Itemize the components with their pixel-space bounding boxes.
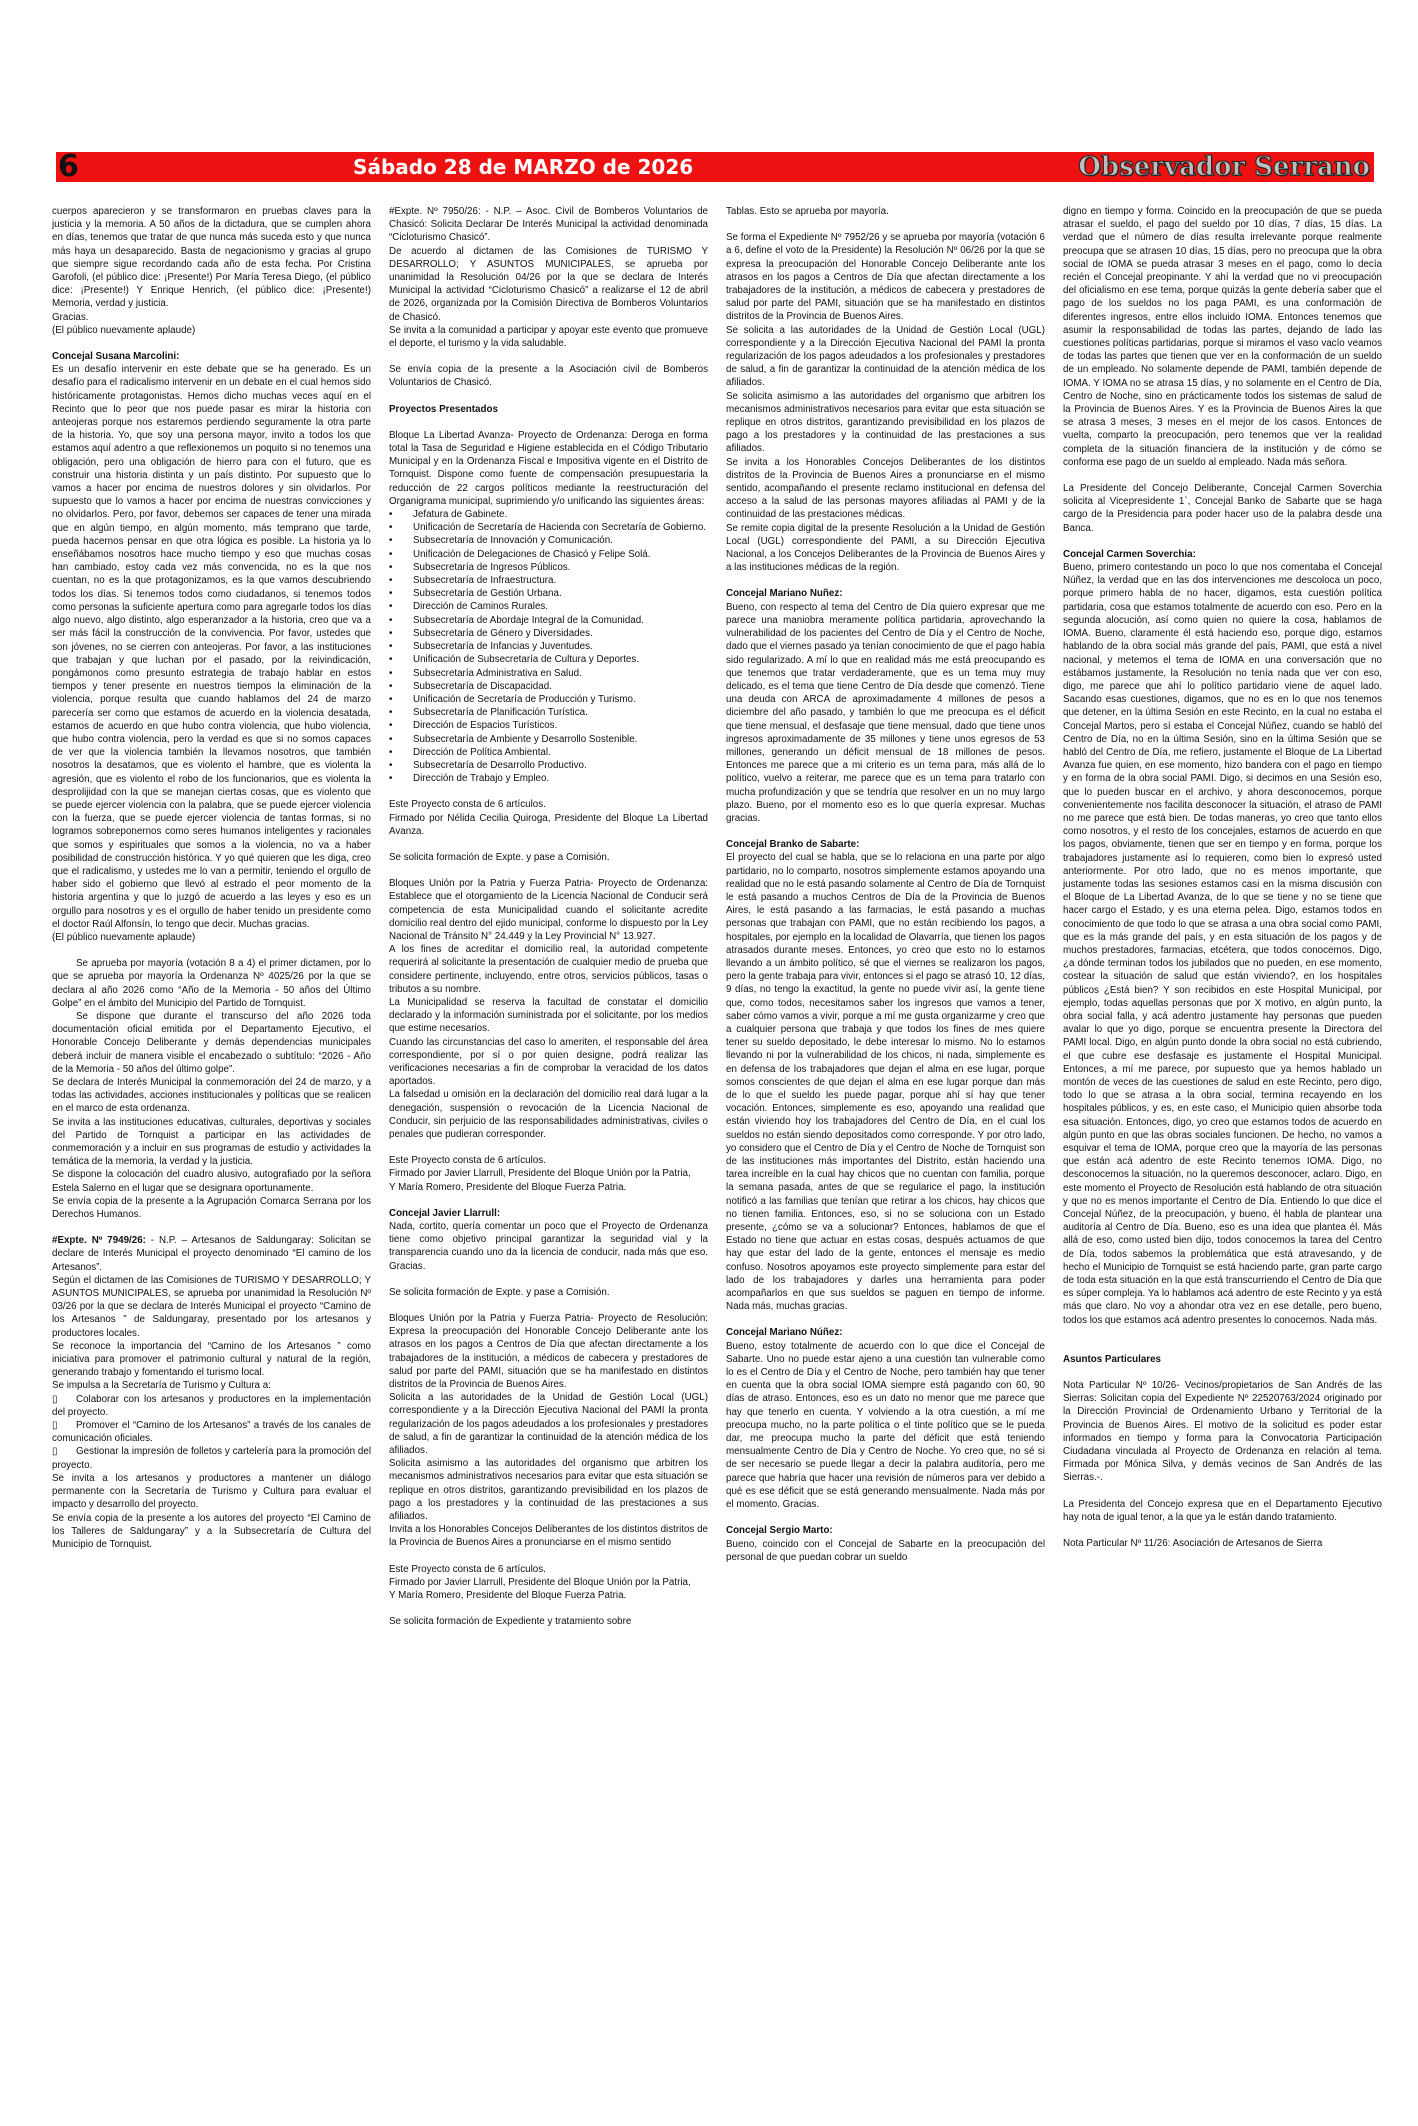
areas-list: •Jefatura de Gabinete. •Unificación de S… (389, 508, 708, 785)
bullet-icon: • (389, 680, 413, 693)
paragraph: Se solicita asimismo a las autoridades d… (726, 390, 1045, 456)
list-item: •Subsecretaría de Discapacidad. (389, 680, 708, 693)
paragraph: Solicita asimismo a las autoridades del … (389, 1457, 708, 1523)
speaker-heading: Concejal Javier Llarrull: (389, 1208, 500, 1219)
paragraph: Se envía copia de la presente a la Agrup… (52, 1195, 371, 1221)
paragraph: Bloque La Libertad Avanza- Proyecto de O… (389, 429, 708, 508)
list-item: •Jefatura de Gabinete. (389, 508, 708, 521)
list-item: •Subsecretaría de Planificación Turístic… (389, 706, 708, 719)
bullet-icon: • (389, 733, 413, 746)
paragraph: Nota Particular Nº 10/26- Vecinos/propie… (1063, 1379, 1382, 1485)
article-columns: cuerpos aparecieron y se transformaron e… (52, 205, 1382, 1629)
newspaper-logo: Observador Serrano (1078, 152, 1374, 182)
paragraph: Se declara de Interés Municipal la conme… (52, 1076, 371, 1116)
bullet-icon: • (389, 534, 413, 547)
paragraph: Se solicita formación de Expte. y pase a… (389, 851, 708, 864)
action-list: ▯Colaborar con los artesanos y productor… (52, 1393, 371, 1472)
paragraph: De acuerdo al dictamen de las Comisiones… (389, 245, 708, 324)
bullet-icon: • (389, 614, 413, 627)
paragraph: Según el dictamen de las Comisiones de T… (52, 1274, 371, 1340)
bullet-icon: • (389, 746, 413, 759)
paragraph: Solicita a las autoridades de la Unidad … (389, 1391, 708, 1457)
column-2: #Expte. Nº 7950/26: - N.P. – Asoc. Civil… (389, 205, 708, 1629)
paragraph: cuerpos aparecieron y se transformaron e… (52, 205, 371, 311)
expediente-label: #Expte. Nº 7949/26: (52, 1235, 146, 1246)
paragraph: Se invita a la comunidad a participar y … (389, 324, 708, 350)
paragraph: La Presidente del Concejo Deliberante, C… (1063, 482, 1382, 535)
paragraph: Se solicita formación de Expediente y tr… (389, 1615, 708, 1628)
paragraph: Este Proyecto consta de 6 artículos. (389, 1563, 708, 1576)
paragraph: Bloques Unión por la Patria y Fuerza Pat… (389, 1312, 708, 1391)
paragraph: Se dispone la colocación del cuadro alus… (52, 1168, 371, 1194)
paragraph: Se envía copia de la presente a la Asoci… (389, 363, 708, 389)
paragraph: Este Proyecto consta de 6 artículos. (389, 1154, 708, 1167)
paragraph: La Municipalidad se reserva la facultad … (389, 996, 708, 1036)
list-item: •Unificación de Secretaría de Hacienda c… (389, 521, 708, 534)
list-item: ▯Gestionar la impresión de folletos y ca… (52, 1445, 371, 1471)
paragraph: Se remite copia digital de la presente R… (726, 522, 1045, 575)
paragraph: Invita a los Honorables Concejos Deliber… (389, 1523, 708, 1549)
bullet-icon: • (389, 587, 413, 600)
speaker-heading: Concejal Mariano Nuñez: (726, 588, 843, 599)
bullet-box-icon: ▯ (52, 1419, 76, 1432)
list-item: •Subsecretaría de Infancias y Juventudes… (389, 640, 708, 653)
speaker-heading: Concejal Sergio Marto: (726, 1525, 833, 1536)
paragraph: Se reconoce la importancia del “Camino d… (52, 1340, 371, 1380)
speech: Bueno, primero contestando un poco lo qu… (1063, 561, 1382, 1327)
paragraph: Se dispone que durante el transcurso del… (52, 1010, 371, 1076)
speaker-heading: Concejal Mariano Núñez: (726, 1327, 843, 1338)
paragraph: A los fines de acreditar el domicilio re… (389, 943, 708, 996)
list-item: •Unificación de Delegaciones de Chasicó … (389, 548, 708, 561)
signature: Firmado por Javier Llarrull, Presidente … (389, 1167, 708, 1180)
bullet-icon: • (389, 653, 413, 666)
paragraph: Se impulsa a la Secretaría de Turismo y … (52, 1379, 371, 1392)
signature: Firmado por Javier Llarrull, Presidente … (389, 1576, 708, 1589)
speaker-heading: Concejal Branko de Sabarte: (726, 839, 859, 850)
speaker-heading: Concejal Carmen Soverchia: (1063, 549, 1196, 560)
section-heading: Asuntos Particulares (1063, 1354, 1161, 1365)
expediente-entry: #Expte. Nº 7949/26: - N.P. – Artesanos d… (52, 1234, 371, 1274)
page-number: 6 (56, 152, 118, 182)
bullet-box-icon: ▯ (52, 1445, 76, 1458)
signature: Y María Romero, Presidente del Bloque Fu… (389, 1181, 708, 1194)
paragraph: (El público nuevamente aplaude) (52, 324, 371, 337)
issue-date: Sábado 28 de MARZO de 2026 (118, 155, 1078, 179)
column-1: cuerpos aparecieron y se transformaron e… (52, 205, 371, 1629)
paragraph: Se invita a las instituciones educativas… (52, 1116, 371, 1169)
paragraph: La falsedad u omisión en la declaración … (389, 1088, 708, 1141)
bullet-icon: • (389, 600, 413, 613)
signature: Y María Romero, Presidente del Bloque Fu… (389, 1589, 708, 1602)
list-item: •Subsecretaría de Desarrollo Productivo. (389, 759, 708, 772)
list-item: •Dirección de Caminos Rurales. (389, 600, 708, 613)
list-item: •Subsecretaría de Ingresos Públicos. (389, 561, 708, 574)
column-4: digno en tiempo y forma. Coincido en la … (1063, 205, 1382, 1629)
speaker-heading: Concejal Susana Marcolini: (52, 351, 179, 362)
list-item: •Subsecretaría Administrativa en Salud. (389, 667, 708, 680)
paragraph: (El público nuevamente aplaude) (52, 931, 371, 944)
paragraph: Cuando las circunstancias del caso lo am… (389, 1036, 708, 1089)
list-item: •Dirección de Trabajo y Empleo. (389, 772, 708, 785)
speech: digno en tiempo y forma. Coincido en la … (1063, 205, 1382, 469)
list-item: ▯Colaborar con los artesanos y productor… (52, 1393, 371, 1419)
bullet-icon: • (389, 561, 413, 574)
masthead-bar: 6 Sábado 28 de MARZO de 2026 Observador … (56, 152, 1374, 182)
bullet-icon: • (389, 706, 413, 719)
speech: Bueno, coincido con el Concejal de Sabar… (726, 1538, 1045, 1564)
paragraph: Se invita a los artesanos y productores … (52, 1472, 371, 1512)
bullet-icon: • (389, 772, 413, 785)
paragraph: Nota Particular Nº 11/26: Asociación de … (1063, 1537, 1382, 1550)
speech: Nada, cortito, quería comentar un poco q… (389, 1220, 708, 1273)
list-item: •Unificación de Subsecretaría de Cultura… (389, 653, 708, 666)
bullet-icon: • (389, 521, 413, 534)
paragraph: Gracias. (52, 311, 371, 324)
paragraph: Se envía copia de la presente a los auto… (52, 1512, 371, 1552)
bullet-icon: • (389, 548, 413, 561)
list-item: •Dirección de Espacios Turísticos. (389, 719, 708, 732)
section-heading: Proyectos Presentados (389, 404, 498, 415)
paragraph: Se aprueba por mayoría (votación 8 a 4) … (52, 957, 371, 1010)
list-item: •Subsecretaría de Innovación y Comunicac… (389, 534, 708, 547)
paragraph: Se forma el Expediente Nº 7952/26 y se a… (726, 231, 1045, 323)
paragraph: La Presidenta del Concejo expresa que en… (1063, 1498, 1382, 1524)
speech: Es un desafío intervenir en este debate … (52, 363, 371, 931)
speech: El proyecto del cual se habla, que se lo… (726, 851, 1045, 1313)
paragraph: Tablas. Esto se aprueba por mayoría. (726, 205, 1045, 218)
bullet-icon: • (389, 574, 413, 587)
bullet-icon: • (389, 693, 413, 706)
list-item: •Subsecretaría de Infraestructura. (389, 574, 708, 587)
bullet-icon: • (389, 759, 413, 772)
paragraph: Se solicita a las autoridades de la Unid… (726, 324, 1045, 390)
list-item: ▯Promover el “Camino de los Artesanos” a… (52, 1419, 371, 1445)
list-item: •Dirección de Política Ambiental. (389, 746, 708, 759)
list-item: •Subsecretaría de Género y Diversidades. (389, 627, 708, 640)
bullet-box-icon: ▯ (52, 1393, 76, 1406)
paragraph: Bloques Unión por la Patria y Fuerza Pat… (389, 877, 708, 943)
list-item: •Subsecretaría de Abordaje Integral de l… (389, 614, 708, 627)
speech: Bueno, estoy totalmente de acuerdo con l… (726, 1340, 1045, 1512)
paragraph: Se solicita formación de Expte. y pase a… (389, 1286, 708, 1299)
list-item: •Subsecretaría de Ambiente y Desarrollo … (389, 733, 708, 746)
bullet-icon: • (389, 640, 413, 653)
bullet-icon: • (389, 627, 413, 640)
bullet-icon: • (389, 667, 413, 680)
paragraph: Este Proyecto consta de 6 artículos. (389, 798, 708, 811)
speech: Bueno, con respecto al tema del Centro d… (726, 601, 1045, 825)
bullet-icon: • (389, 508, 413, 521)
paragraph: #Expte. Nº 7950/26: - N.P. – Asoc. Civil… (389, 205, 708, 245)
list-item: •Subsecretaría de Gestión Urbana. (389, 587, 708, 600)
column-3: Tablas. Esto se aprueba por mayoría. Se … (726, 205, 1045, 1629)
bullet-icon: • (389, 719, 413, 732)
signature: Firmado por Nélida Cecilia Quiroga, Pres… (389, 812, 708, 838)
list-item: •Unificación de Secretaría de Producción… (389, 693, 708, 706)
paragraph: Se invita a los Honorables Concejos Deli… (726, 456, 1045, 522)
